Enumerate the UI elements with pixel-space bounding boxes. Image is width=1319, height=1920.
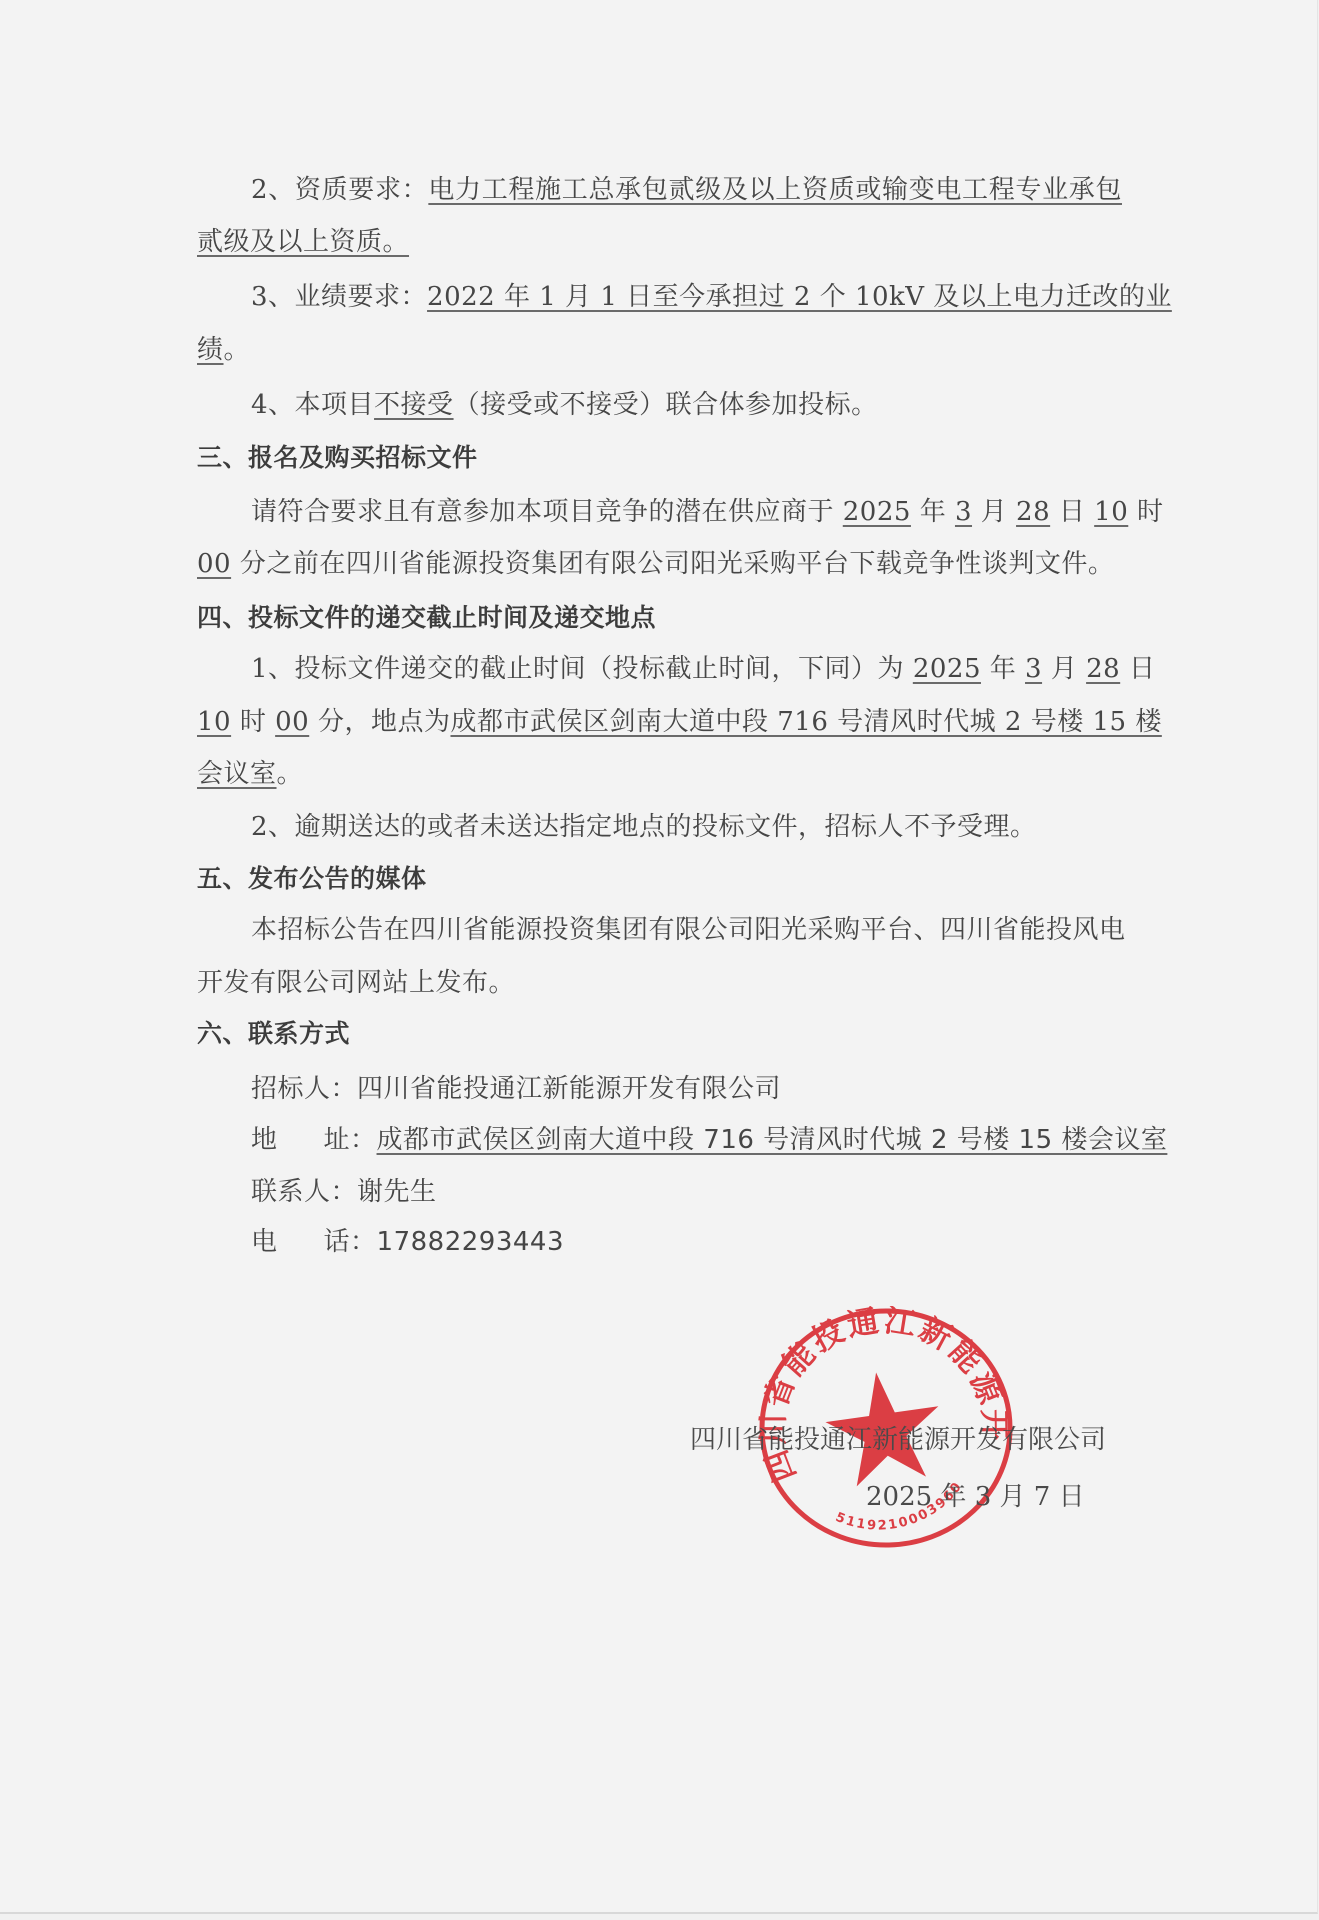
- media-line1: 本招标公告在四川省能源投资集团有限公司阳光采购平台、四川省能投风电: [251, 914, 1126, 946]
- qualification-label: 2、资质要求：: [251, 175, 428, 205]
- registration-text: 请符合要求且有意参加本项目竞争的潜在供应商于: [251, 497, 843, 527]
- deadline-month: 3: [1025, 654, 1042, 684]
- tenderer-line: 招标人：四川省能投通江新能源开发有限公司: [251, 1073, 781, 1105]
- qualification-value-cont: 贰级及以上资质。: [197, 227, 409, 257]
- tenderer-label: 招标人：: [251, 1074, 357, 1104]
- deadline-text: 1、投标文件递交的截止时间（投标截止时间，下同）为: [251, 654, 913, 684]
- consortium-line: 4、本项目不接受（接受或不接受）联合体参加投标。: [251, 389, 878, 421]
- deadline-line2: 10 时 00 分，地点为成都市武侯区剑南大道中段 716 号清风时代城 2 号…: [197, 706, 1122, 738]
- hour-unit: 时: [231, 707, 275, 737]
- phone-value: 17882293443: [377, 1227, 564, 1257]
- year-unit: 年: [911, 497, 955, 527]
- registration-year: 2025: [843, 497, 911, 527]
- address-label-cont: 址：: [324, 1125, 377, 1155]
- registration-day: 28: [1016, 497, 1050, 527]
- contact-label: 联系人：: [251, 1177, 357, 1207]
- consortium-suffix: （接受或不接受）联合体参加投标。: [454, 390, 878, 420]
- signatory-company: 四川省能投通江新能源开发有限公司: [690, 1424, 1106, 1456]
- consortium-prefix: 4、本项目: [251, 390, 374, 420]
- submission-location-cont: 会议室: [197, 759, 277, 789]
- address-value: 成都市武侯区剑南大道中段 716 号清风时代城 2 号楼 15 楼会议室: [377, 1125, 1168, 1155]
- contact-value: 谢先生: [357, 1177, 437, 1207]
- performance-requirement-line1: 3、业绩要求：2022 年 1 月 1 日至今承担过 2 个 10kV 及以上电…: [251, 281, 1122, 313]
- deadline-hour: 10: [197, 707, 231, 737]
- deadline-minute: 00: [275, 707, 309, 737]
- month-unit: 月: [972, 497, 1016, 527]
- signature-date: 2025 年 3 月 7 日: [866, 1481, 1085, 1513]
- registration-text-cont: 分之前在四川省能源投资集团有限公司阳光采购平台下载竞争性谈判文件。: [231, 549, 1114, 579]
- day-unit: 日: [1120, 654, 1155, 684]
- deadline-day: 28: [1086, 654, 1120, 684]
- document-page: 2、资质要求：电力工程施工总承包贰级及以上资质或输变电工程专业承包 贰级及以上资…: [0, 0, 1318, 1914]
- month-unit: 月: [1042, 654, 1086, 684]
- tenderer-value: 四川省能投通江新能源开发有限公司: [357, 1074, 781, 1104]
- period: 。: [277, 759, 304, 789]
- media-line2: 开发有限公司网站上发布。: [197, 967, 515, 999]
- performance-requirement-line2: 绩。: [197, 334, 250, 366]
- section-5-heading: 五、发布公告的媒体: [197, 863, 427, 895]
- contact-line: 联系人：谢先生: [251, 1176, 437, 1208]
- registration-month: 3: [955, 497, 972, 527]
- deadline-line3: 会议室。: [197, 758, 303, 790]
- registration-minute: 00: [197, 549, 231, 579]
- registration-line2: 00 分之前在四川省能源投资集团有限公司阳光采购平台下载竞争性谈判文件。: [197, 548, 1114, 580]
- submission-location: 成都市武侯区剑南大道中段 716 号清风时代城 2 号楼 15 楼: [450, 707, 1161, 737]
- consortium-value: 不接受: [374, 390, 454, 420]
- phone-label: 电: [251, 1227, 278, 1257]
- address-line: 地址：成都市武侯区剑南大道中段 716 号清风时代城 2 号楼 15 楼会议室: [251, 1124, 1167, 1156]
- performance-value: 2022 年 1 月 1 日至今承担过 2 个 10kV 及以上电力迁改的业: [427, 282, 1172, 312]
- period: 。: [224, 335, 251, 365]
- deadline-line1: 1、投标文件递交的截止时间（投标截止时间，下同）为 2025 年 3 月 28 …: [251, 653, 1122, 685]
- year-unit: 年: [981, 654, 1025, 684]
- registration-line1: 请符合要求且有意参加本项目竞争的潜在供应商于 2025 年 3 月 28 日 1…: [251, 496, 1122, 528]
- hour-unit: 时: [1128, 497, 1163, 527]
- late-submission-line: 2、逾期送达的或者未送达指定地点的投标文件，招标人不予受理。: [251, 811, 1037, 843]
- qualification-requirement-line1: 2、资质要求：电力工程施工总承包贰级及以上资质或输变电工程专业承包: [251, 174, 1122, 206]
- phone-label-cont: 话：: [324, 1227, 377, 1257]
- section-4-heading: 四、投标文件的递交截止时间及递交地点: [197, 602, 656, 634]
- phone-line: 电话：17882293443: [251, 1226, 564, 1258]
- deadline-year: 2025: [913, 654, 981, 684]
- section-3-heading: 三、报名及购买招标文件: [197, 442, 478, 474]
- minute-unit: 分，地点为: [309, 707, 450, 737]
- section-6-heading: 六、联系方式: [197, 1018, 350, 1050]
- qualification-requirement-line2: 贰级及以上资质。: [197, 226, 409, 258]
- registration-hour: 10: [1094, 497, 1128, 527]
- qualification-value: 电力工程施工总承包贰级及以上资质或输变电工程专业承包: [428, 175, 1122, 205]
- performance-label: 3、业绩要求：: [251, 282, 427, 312]
- day-unit: 日: [1050, 497, 1094, 527]
- address-label: 地: [251, 1125, 278, 1155]
- performance-value-cont: 绩: [197, 335, 224, 365]
